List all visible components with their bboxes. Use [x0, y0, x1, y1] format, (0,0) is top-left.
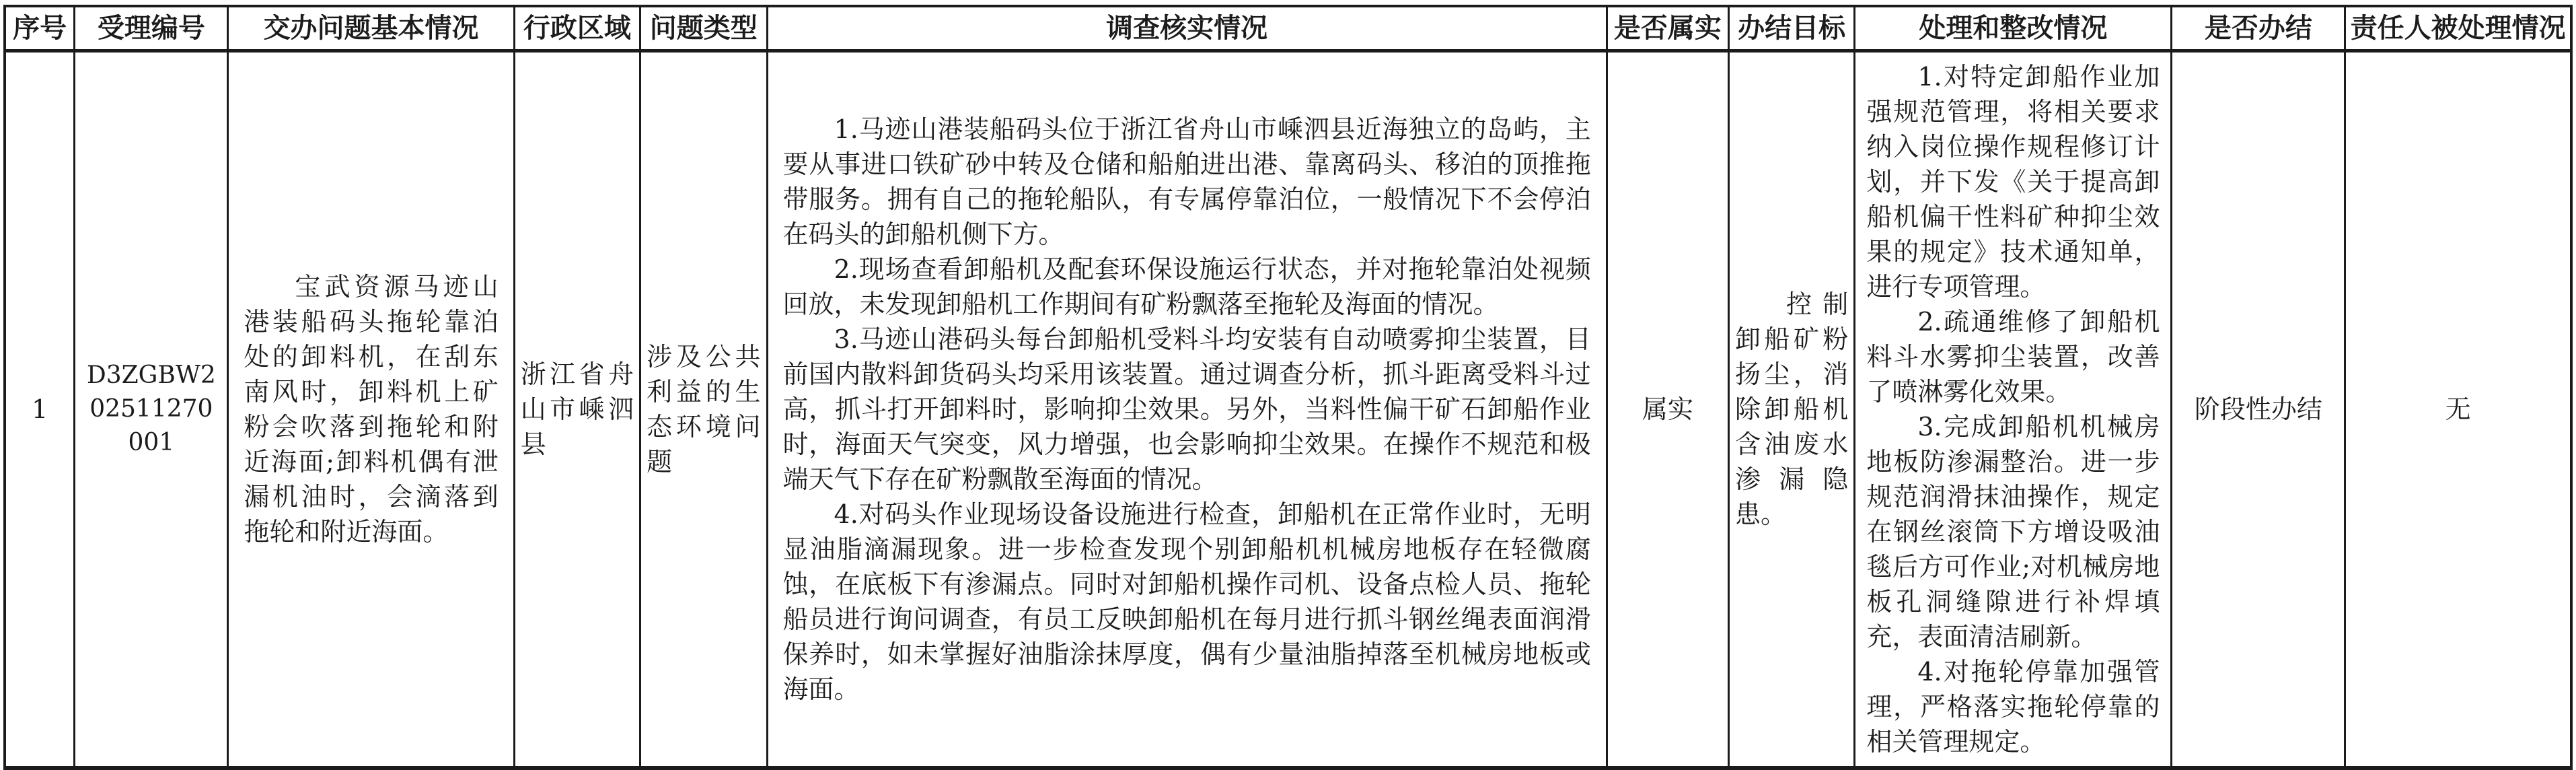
cell-region: 浙江省舟山市嵊泗县: [514, 51, 640, 769]
paragraph: 2.现场查看卸船机及配套环保设施运行状态，并对拖轮靠泊处视频回放，未发现卸船机工…: [783, 252, 1591, 322]
paragraph: 4.对拖轮停靠加强管理，严格落实拖轮停靠的相关管理规定。: [1866, 654, 2160, 759]
col-header-rectification: 处理和整改情况: [1855, 6, 2172, 51]
cell-investigation: 1.马迹山港装船码头位于浙江省舟山市嵊泗县近海独立的岛屿，主要从事进口铁矿砂中转…: [767, 51, 1607, 769]
col-header-problem-type: 问题类型: [640, 6, 767, 51]
cell-completion-goal: 控制卸船矿粉扬尘，消除卸船机含油废水渗漏隐患。: [1729, 51, 1855, 769]
cell-problem-type: 涉及公共利益的生态环境问题: [640, 51, 767, 769]
complaint-handling-table: 序号 受理编号 交办问题基本情况 行政区域 问题类型 调查核实情况 是否属实 办…: [3, 5, 2573, 770]
col-header-investigation: 调查核实情况: [767, 6, 1607, 51]
cell-acceptance-no: D3ZGBW202511270001: [75, 51, 228, 769]
cell-rectification: 1.对特定卸船作业加强规范管理，将相关要求纳入岗位操作规程修订计划，并下发《关于…: [1855, 51, 2172, 769]
col-header-problem-summary: 交办问题基本情况: [228, 6, 514, 51]
col-header-acceptance-no: 受理编号: [75, 6, 228, 51]
cell-problem-summary: 宝武资源马迹山港装船码头拖轮靠泊处的卸料机，在刮东南风时，卸料机上矿粉会吹落到拖…: [228, 51, 514, 769]
paragraph: 2.疏通维修了卸船机料斗水雾抑尘装置，改善了喷淋雾化效果。: [1866, 304, 2160, 409]
col-header-verified: 是否属实: [1607, 6, 1728, 51]
cell-serial: 1: [5, 51, 75, 769]
paragraph: 3.完成卸船机机械房地板防渗漏整治。进一步规范润滑抹油操作，规定在钢丝滚筒下方增…: [1866, 409, 2160, 654]
paragraph: 1.对特定卸船作业加强规范管理，将相关要求纳入岗位操作规程修订计划，并下发《关于…: [1866, 59, 2160, 304]
col-header-region: 行政区域: [514, 6, 640, 51]
paragraph: 4.对码头作业现场设备设施进行检查，卸船机在正常作业时，无明显油脂滴漏现象。进一…: [783, 497, 1591, 707]
cell-responsible-handled: 无: [2345, 51, 2571, 769]
cell-verified: 属实: [1607, 51, 1728, 769]
col-header-responsible: 责任人被处理情况: [2345, 6, 2571, 51]
cell-completed: 阶段性办结: [2172, 51, 2345, 769]
paragraph: 1.马迹山港装船码头位于浙江省舟山市嵊泗县近海独立的岛屿，主要从事进口铁矿砂中转…: [783, 112, 1591, 252]
paragraph: 3.马迹山港码头每台卸船机受料斗均安装有自动喷雾抑尘装置，目前国内散料卸货码头均…: [783, 322, 1591, 497]
table-row: 1 D3ZGBW202511270001 宝武资源马迹山港装船码头拖轮靠泊处的卸…: [5, 51, 2571, 769]
col-header-completion-goal: 办结目标: [1729, 6, 1855, 51]
header-row: 序号 受理编号 交办问题基本情况 行政区域 问题类型 调查核实情况 是否属实 办…: [5, 6, 2571, 51]
col-header-serial: 序号: [5, 6, 75, 51]
col-header-completed: 是否办结: [2172, 6, 2345, 51]
